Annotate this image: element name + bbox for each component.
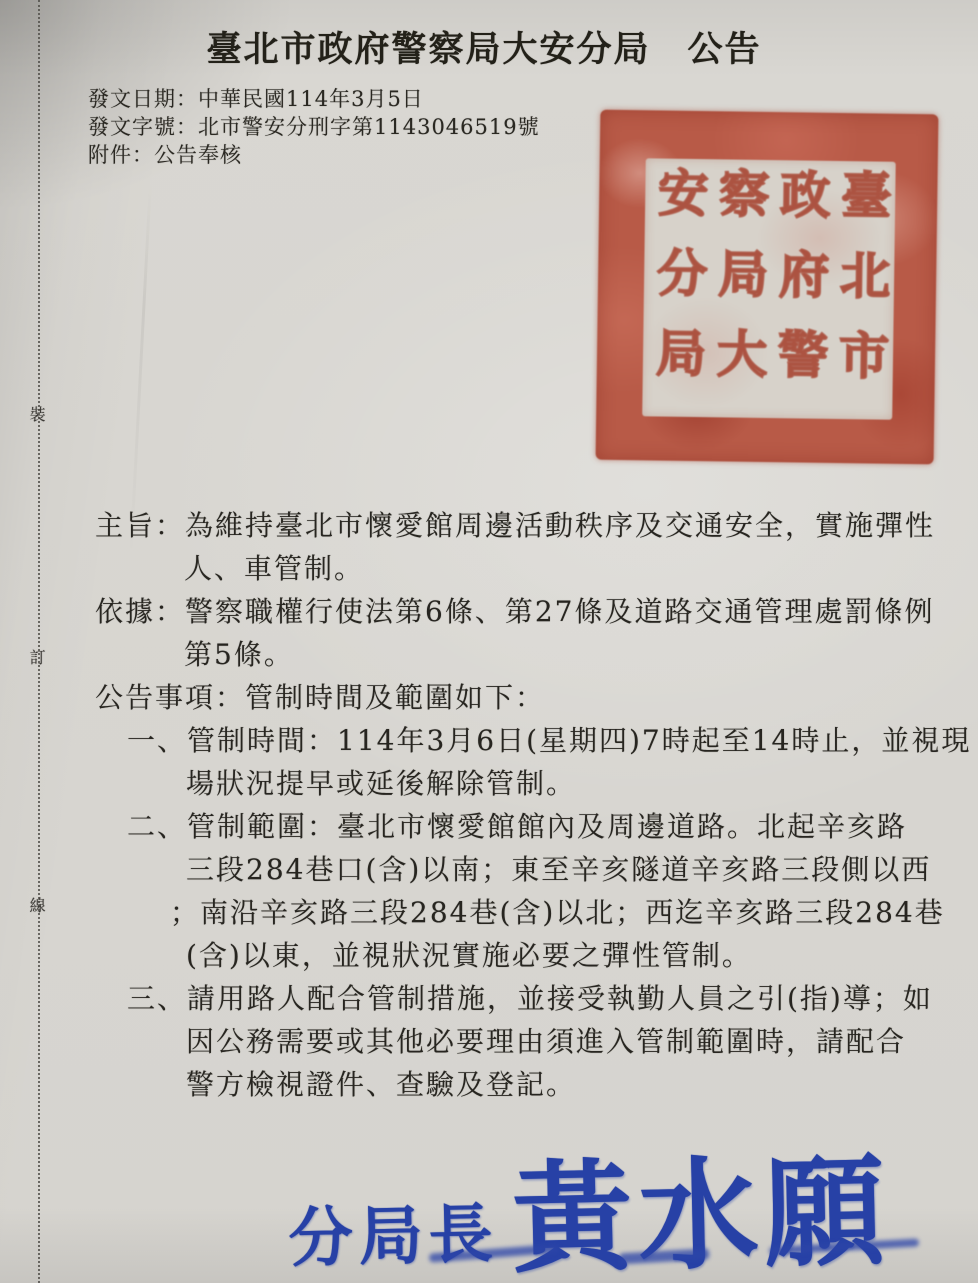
body-line: 第5條。 — [0, 633, 954, 676]
body-line: 因公務需要或其他必要理由須進入管制範圍時，請配合 — [0, 1020, 954, 1063]
meta-lines: 發文日期：中華民國114年3月5日發文字號：北市警安分刑字第1143046519… — [88, 85, 540, 169]
body-line: 依據：警察職權行使法第6條、第27條及道路交通管理處罰條例 — [0, 590, 954, 633]
official-red-seal: 臺北市政府警察局大安分局 — [596, 110, 939, 465]
chief-title-stamp: 分局長 — [288, 1203, 500, 1283]
body-line: 三、請用路人配合管制措施，並接受執勤人員之引(指)導；如 — [0, 977, 954, 1020]
body-line: 警方檢視證件、查驗及登記。 — [0, 1063, 954, 1106]
seal-inner-face: 臺北市政府警察局大安分局 — [642, 158, 896, 419]
body-line: 二、管制範圍：臺北市懷愛館館內及周邊道路。北起辛亥路 — [0, 805, 954, 848]
body-line: 場狀況提早或延後解除管制。 — [0, 762, 954, 805]
binding-mark-zhuang: 裝 — [30, 402, 46, 425]
body-line: (含)以東，並視狀況實施必要之彈性管制。 — [0, 934, 954, 977]
body-line: 三段284巷口(含)以南；東至辛亥隧道辛亥路三段側以西 — [0, 848, 954, 891]
announcement-body: 主旨：為維持臺北市懷愛館周邊活動秩序及交通安全，實施彈性人、車管制。依據：警察職… — [0, 504, 954, 1106]
body-line: 人、車管制。 — [0, 547, 954, 590]
meta-line: 附件：公告奉核 — [88, 141, 540, 169]
meta-line: 發文日期：中華民國114年3月5日 — [88, 85, 540, 113]
page-title: 臺北市政府警察局大安分局 公告 — [0, 22, 968, 72]
chief-name-stamp: 黃水願 — [511, 1152, 892, 1281]
body-line: 公告事項：管制時間及範圍如下： — [0, 676, 954, 719]
body-line: ；南沿辛亥路三段284巷(含)以北；西迄辛亥路三段284巷 — [0, 891, 954, 934]
announcement-document: 裝 訂 線 臺北市政府警察局大安分局 公告 發文日期：中華民國114年3月5日發… — [0, 0, 978, 1283]
chief-signature-stamp: 分局長 黃水願 — [286, 1121, 939, 1283]
seal-script-text: 臺北市政府警察局大安分局 — [644, 166, 893, 411]
body-line: 主旨：為維持臺北市懷愛館周邊活動秩序及交通安全，實施彈性 — [0, 504, 954, 547]
body-line: 一、管制時間：114年3月6日(星期四)7時起至14時止，並視現 — [0, 719, 954, 762]
meta-line: 發文字號：北市警安分刑字第1143046519號 — [88, 113, 540, 141]
